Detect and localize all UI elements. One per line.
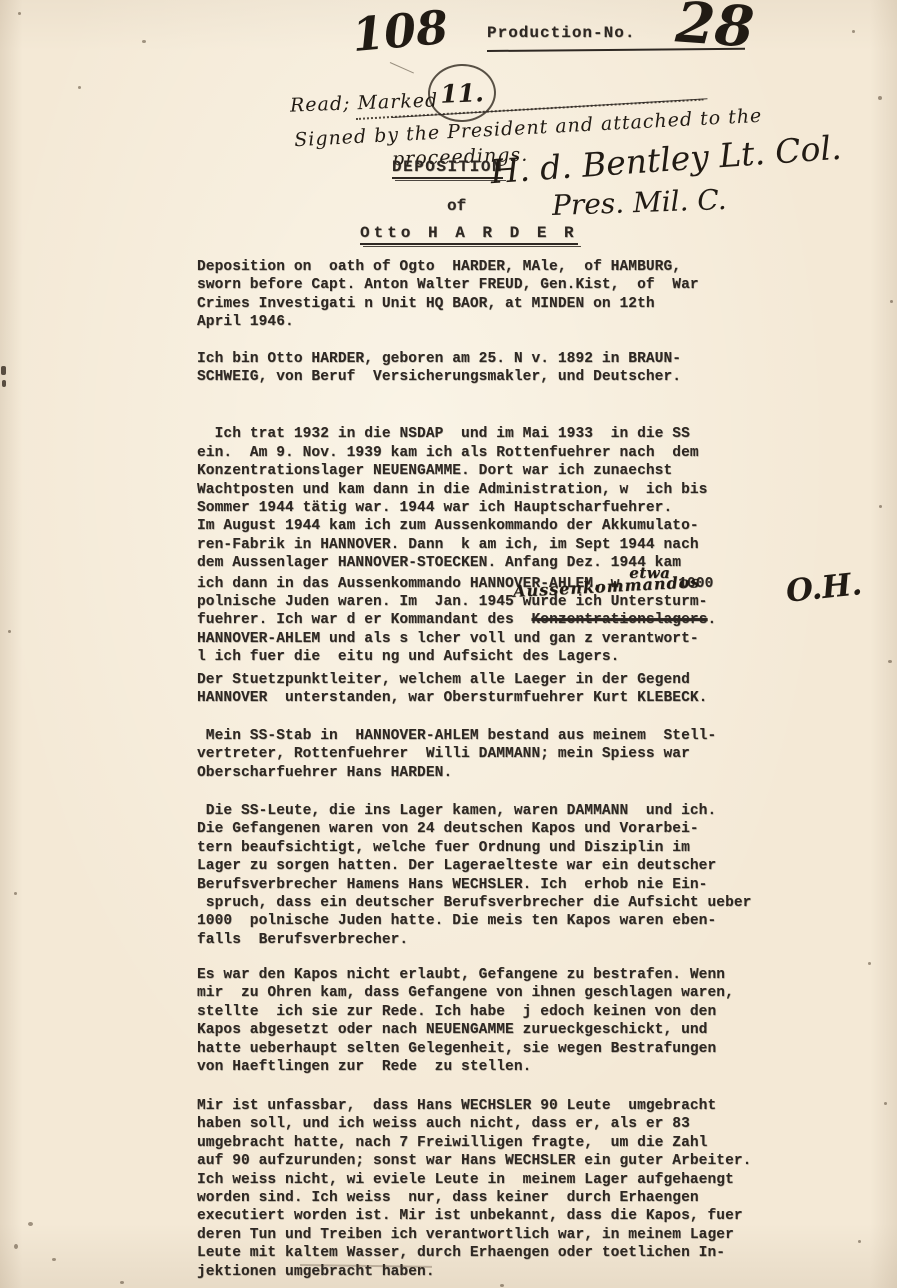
paper-speck [852, 30, 855, 33]
para-kapos-organisation: Die SS-Leute, die ins Lager kamen, waren… [197, 802, 752, 949]
president-signature-rank: Pres. Mil. C. [551, 183, 727, 222]
production-number-label: Production-No. [487, 24, 635, 42]
margin-initials-oh: O.H. [784, 566, 863, 610]
para-career: Ich trat 1932 in die NSDAP und im Mai 19… [197, 407, 716, 685]
paper-speck [8, 630, 11, 633]
paper-speck [18, 12, 21, 15]
paper-speck [14, 892, 17, 895]
of-label: of [447, 197, 466, 215]
paper-speck [28, 1222, 33, 1226]
deponent-name-heading: Otto H A R D E R [360, 224, 578, 245]
stamp-read-marked: Read; Marked [290, 89, 439, 116]
left-edge-ink-mark [1, 366, 6, 375]
para-ss-stab: Mein SS-Stab in HANNOVER-AHLEM bestand a… [197, 727, 716, 782]
paper-speck [52, 1258, 56, 1261]
paper-speck [858, 1240, 861, 1243]
para-punishment: Es war den Kapos nicht erlaubt, Gefangen… [197, 966, 734, 1076]
para-oath: Deposition on oath of Ogto HARDER, MAle,… [197, 258, 699, 332]
deposition-title: DEPOSITION [392, 158, 503, 179]
pencil-mark-bottom-left [390, 62, 414, 73]
paper-speck [888, 660, 892, 663]
paper-speck [868, 962, 871, 965]
deponent-name-text: Otto H A R D E R [360, 224, 578, 245]
paper-speck [120, 1281, 124, 1284]
deposition-scan-page: { "header": { "page_number": "108", "pro… [0, 0, 897, 1288]
paper-speck [142, 40, 146, 43]
para-stuetzpunktleiter: Der Stuetzpunktleiter, welchem alle Laeg… [197, 671, 707, 708]
struck-word-konzentrationslagers: Konzentrationslagers [531, 612, 707, 628]
deposition-title-text: DEPOSITION [392, 158, 503, 179]
para-wechsler: Mir ist unfassbar, dass Hans WECHSLER 90… [197, 1097, 752, 1281]
paper-speck [14, 1244, 18, 1249]
exhibit-number: 11. [440, 78, 484, 109]
paper-speck [879, 505, 882, 508]
paper-speck [884, 1102, 887, 1105]
handwritten-page-number: 108 [350, 0, 450, 62]
paper-speck [78, 86, 81, 89]
para-identity: Ich bin Otto HARDER, geboren am 25. N v.… [197, 350, 681, 387]
left-edge-ink-mark [2, 380, 6, 387]
paper-speck [878, 96, 882, 100]
paper-speck [890, 300, 893, 303]
handwritten-production-number: 28 [674, 0, 756, 61]
paper-speck [500, 1284, 504, 1287]
